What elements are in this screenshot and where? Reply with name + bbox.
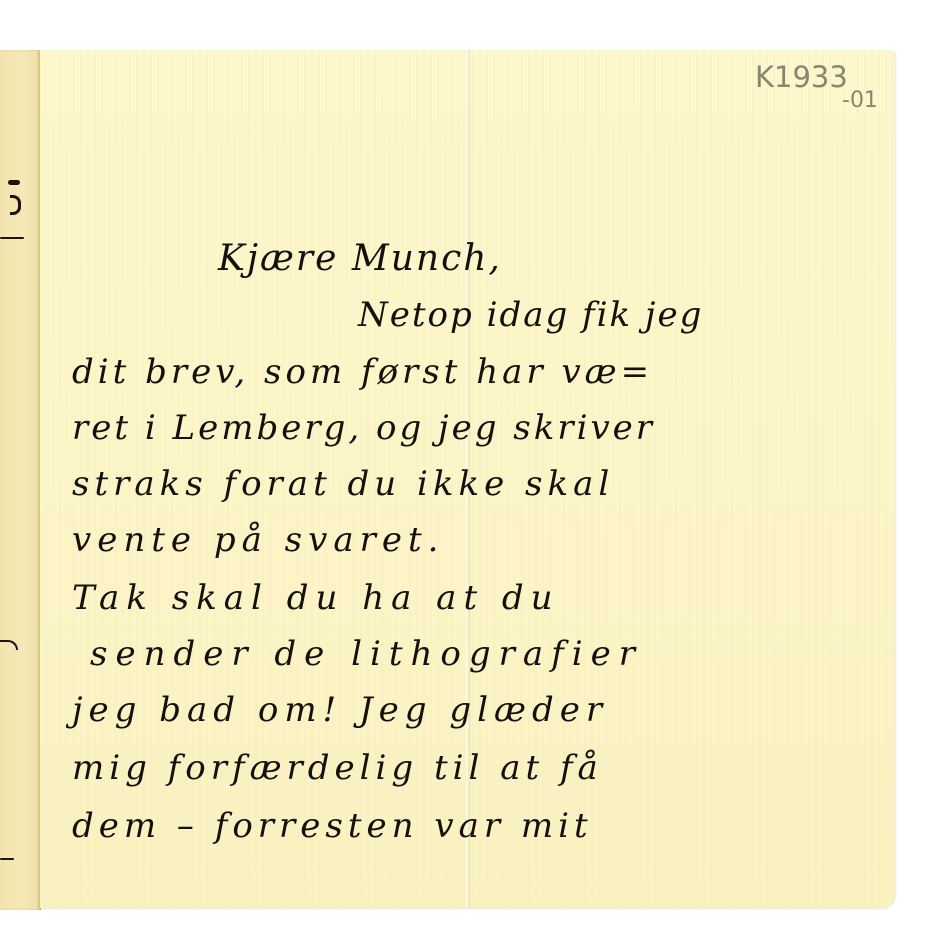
letter-line: dit brev, som først har væ=	[72, 352, 653, 392]
letter-line: mig forfærdelig til at få	[72, 748, 603, 788]
letter-page: K1933 -01 Kjære Munch, Netop idag fik je…	[40, 50, 895, 908]
letter-line: vente på svaret.	[72, 520, 444, 560]
ink-mark	[10, 195, 21, 215]
letter-line: jeg bad om! Jeg glæder	[72, 690, 608, 730]
letter-line: straks forat du ikke skal	[72, 464, 614, 504]
ink-mark	[0, 237, 24, 239]
archive-number: K1933	[755, 60, 848, 94]
letter-line: dem – forresten var mit	[72, 806, 593, 846]
letter-line: Tak skal du ha at du	[72, 578, 560, 618]
letter-line: Netop idag fik jeg	[358, 295, 703, 335]
ink-mark	[8, 180, 20, 185]
salutation: Kjære Munch,	[218, 238, 502, 279]
document-scan: K1933 -01 Kjære Munch, Netop idag fik je…	[0, 0, 950, 950]
letter-line: ret i Lemberg, og jeg skriver	[72, 408, 655, 448]
archive-suffix: -01	[842, 88, 878, 113]
ink-mark	[0, 640, 18, 650]
letter-line: sender de lithografier	[90, 634, 643, 674]
ink-mark	[0, 858, 14, 860]
adjacent-page-strip	[0, 50, 41, 910]
